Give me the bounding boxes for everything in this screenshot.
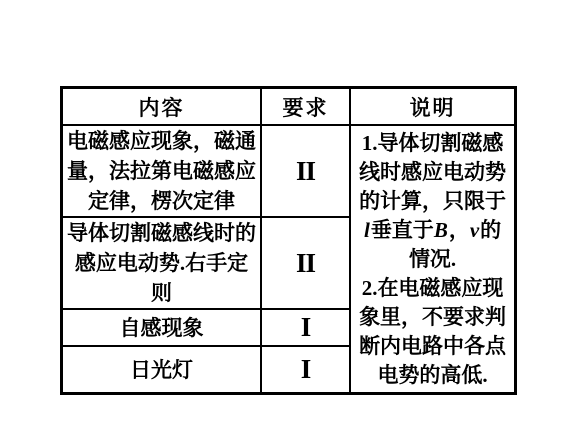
content-cell-self-induction: 自感现象 — [62, 309, 261, 346]
content-cell-fluorescent-lamp: 日光灯 — [62, 346, 261, 394]
requirement-cell: I — [261, 309, 350, 346]
page-background: { "page": { "background_color": "#ffffff… — [0, 0, 567, 425]
header-notes: 说明 — [350, 88, 515, 126]
table-row: 电磁感应现象，磁通量，法拉第电磁感应定律，楞次定律 II 1.导体切割磁感线时感… — [62, 125, 516, 217]
notes-cell: 1.导体切割磁感线时感应电动势的计算，只限于l垂直于B，v的情况.2.在电磁感应… — [350, 125, 515, 394]
syllabus-table: 内容 要求 说明 电磁感应现象，磁通量，法拉第电磁感应定律，楞次定律 II 1.… — [60, 86, 517, 395]
requirement-cell: II — [261, 217, 350, 309]
content-cell-induction-phenomena: 电磁感应现象，磁通量，法拉第电磁感应定律，楞次定律 — [62, 125, 261, 217]
content-cell-cutting-field-lines: 导体切割磁感线时的感应电动势.右手定则 — [62, 217, 261, 309]
header-requirement: 要求 — [261, 88, 350, 126]
requirement-cell: I — [261, 346, 350, 394]
table-header-row: 内容 要求 说明 — [62, 88, 516, 126]
header-content: 内容 — [62, 88, 261, 126]
requirement-cell: II — [261, 125, 350, 217]
